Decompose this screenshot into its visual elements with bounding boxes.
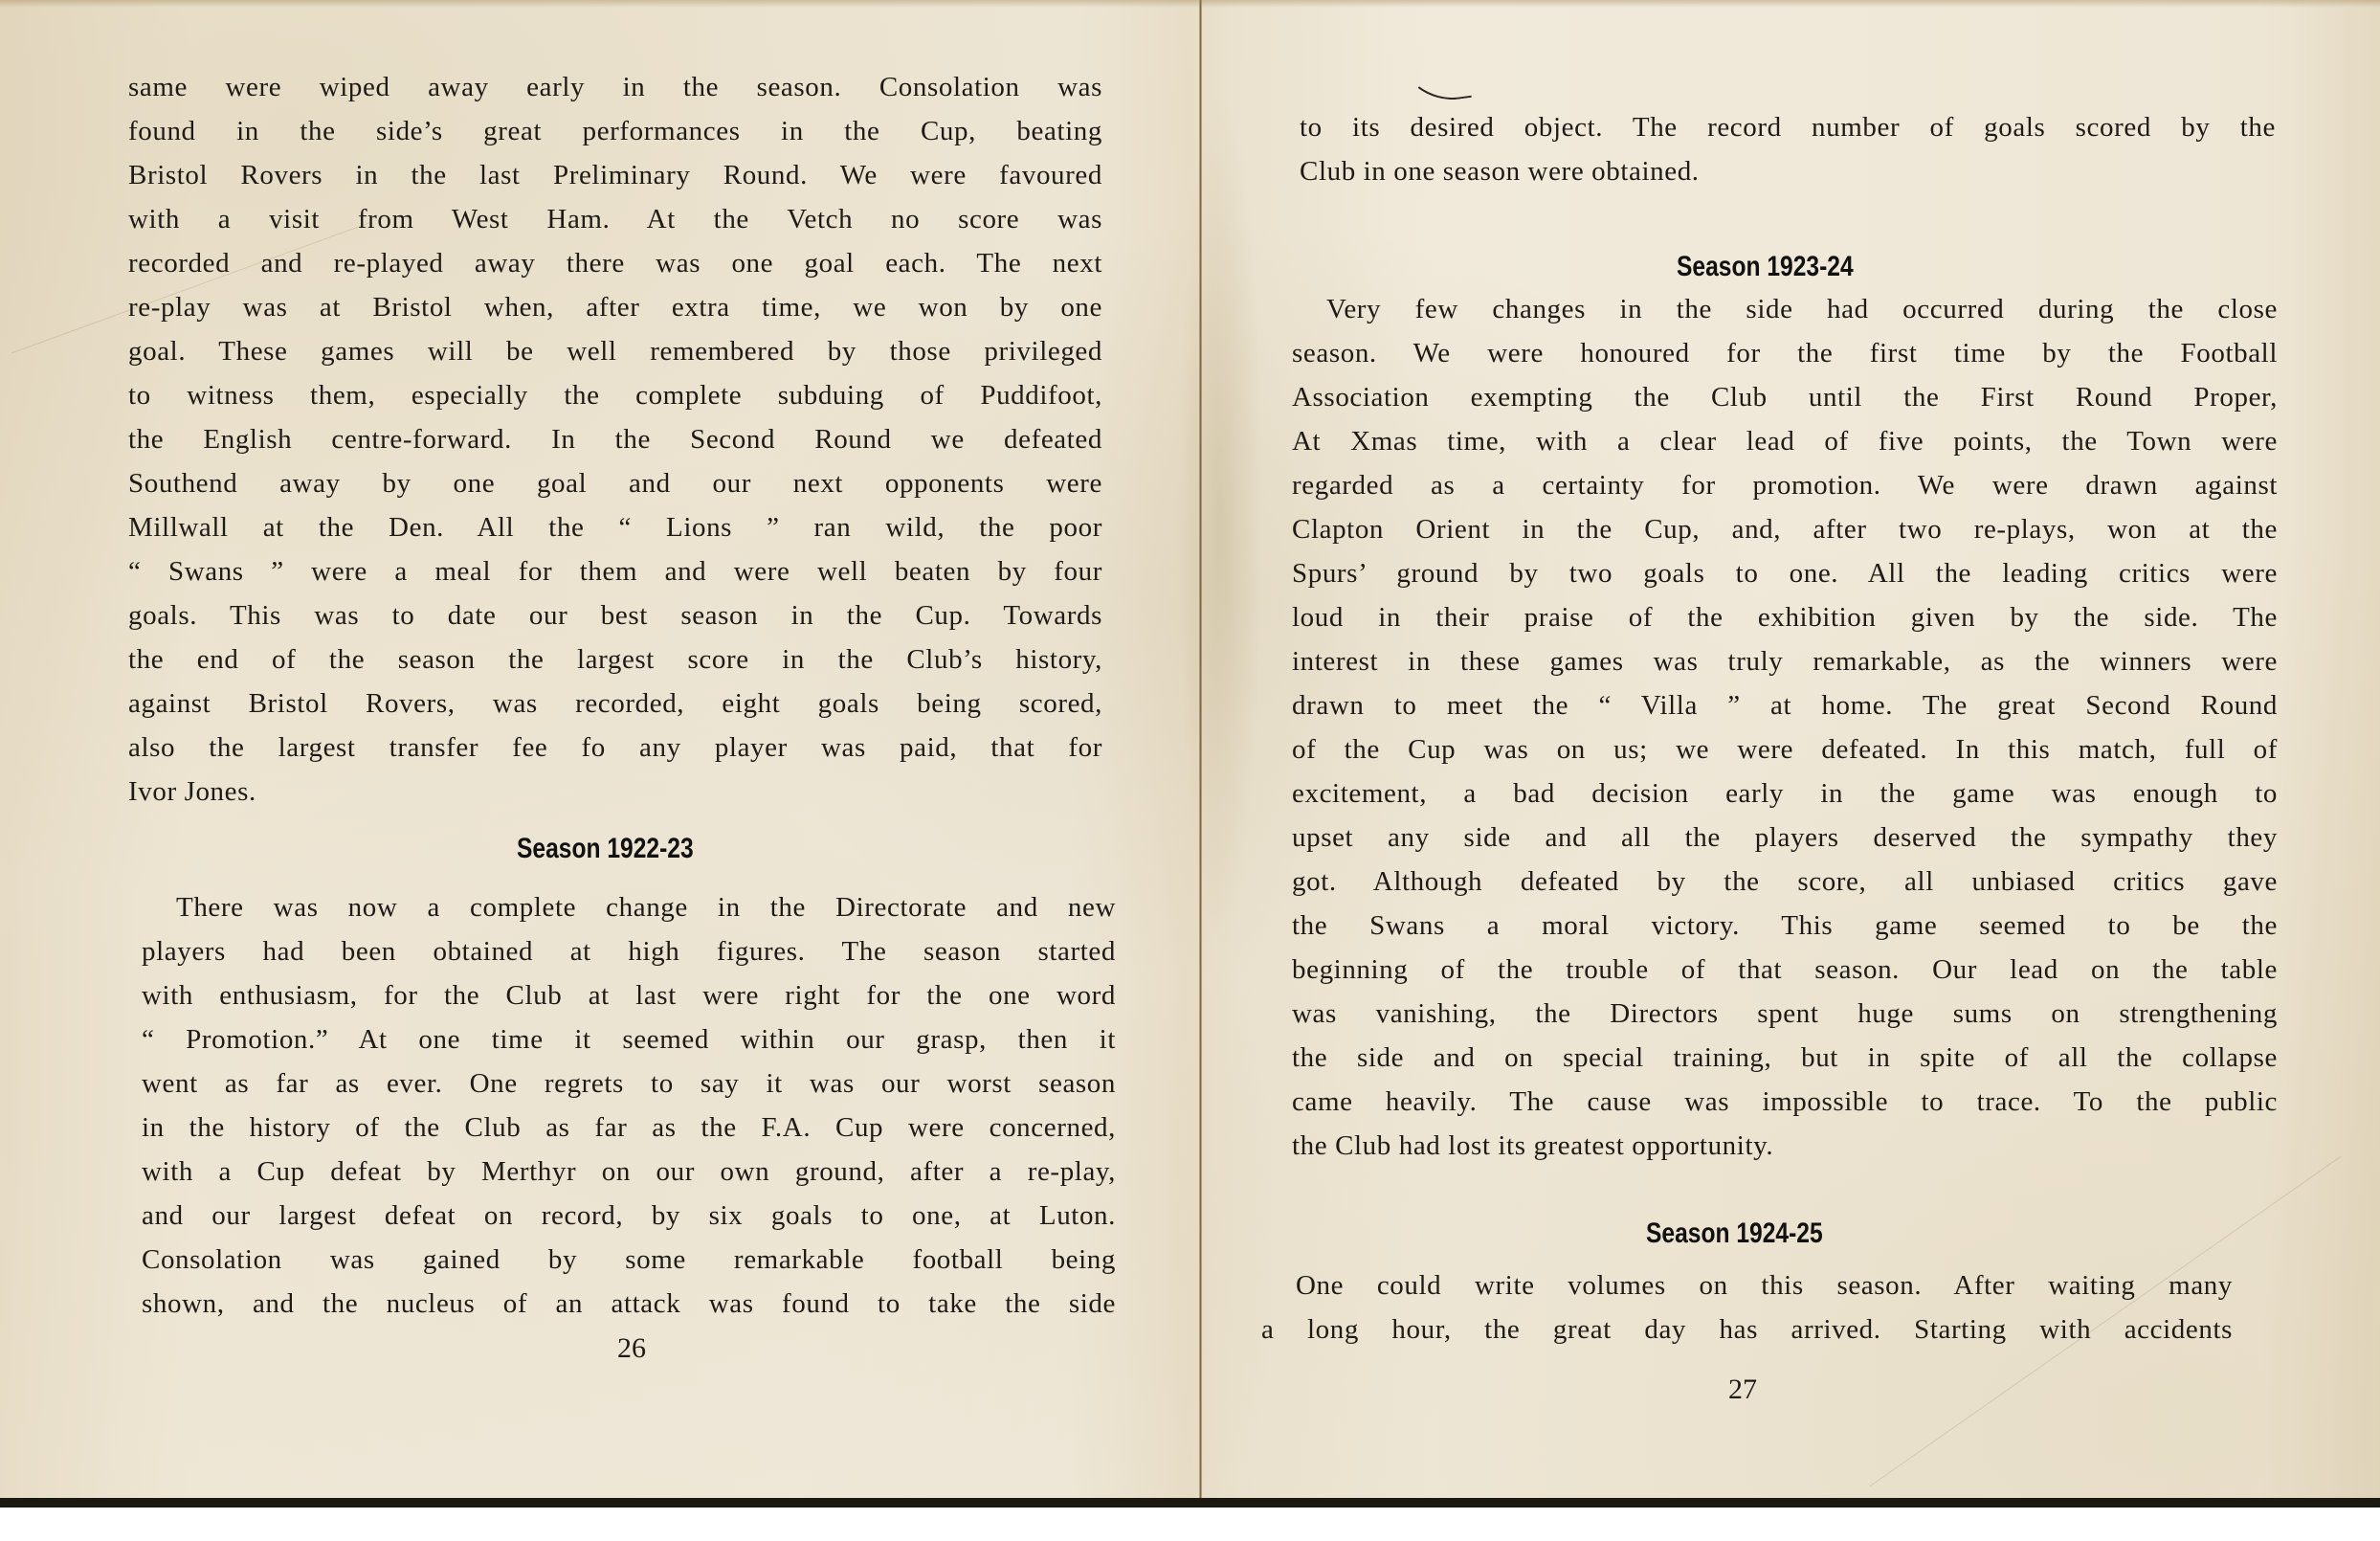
text-line: “ Swans ” were a meal for them and were … xyxy=(128,549,1102,593)
section-heading-season-1922-23: Season 1922-23 xyxy=(517,833,694,865)
text-line: found in the side’s great performances i… xyxy=(128,109,1102,153)
text-line: Club in one season were obtained. xyxy=(1300,149,2276,193)
text-line: re-play was at Bristol when, after extra… xyxy=(128,285,1102,329)
text-line: with a Cup defeat by Merthyr on our own … xyxy=(142,1150,1116,1194)
text-line: beginning of the trouble of that season.… xyxy=(1292,948,2278,992)
text-line: the Swans a moral victory. This game see… xyxy=(1292,904,2278,948)
text-line: Spurs’ ground by two goals to one. All t… xyxy=(1292,551,2278,595)
text-line: of the Cup was on us; we were defeated. … xyxy=(1292,727,2278,771)
text-line: with a visit from West Ham. At the Vetch… xyxy=(128,197,1102,241)
text-line: goal. These games will be well remembere… xyxy=(128,329,1102,373)
text-line: players had been obtained at high figure… xyxy=(142,929,1116,973)
text-line: came heavily. The cause was impossible t… xyxy=(1292,1080,2278,1124)
text-line: Ivor Jones. xyxy=(128,770,1102,814)
text-line: Clapton Orient in the Cup, and, after tw… xyxy=(1292,507,2278,551)
booklet-spread: same were wiped away early in the season… xyxy=(0,0,2380,1507)
text-line: the Club had lost its greatest opportuni… xyxy=(1292,1124,2278,1168)
season-1924-25-text: One could write volumes on this season. … xyxy=(1261,1263,2233,1351)
section-heading-season-1923-24: Season 1923-24 xyxy=(1677,251,1854,283)
text-line: interest in these games was truly remark… xyxy=(1292,639,2278,683)
text-line: the side and on special training, but in… xyxy=(1292,1036,2278,1080)
text-line: to witness them, especially the complete… xyxy=(128,373,1102,417)
text-line: same were wiped away early in the season… xyxy=(128,65,1102,109)
text-line: to its desired object. The record number… xyxy=(1300,105,2276,149)
right-continuation-text: to its desired object. The record number… xyxy=(1300,105,2276,193)
season-1923-24-text: Very few changes in the side had occurre… xyxy=(1292,287,2278,1168)
text-line: “ Promotion.” At one time it seemed with… xyxy=(142,1017,1116,1061)
text-line: At Xmas time, with a clear lead of five … xyxy=(1292,419,2278,463)
text-line: with enthusiasm, for the Club at last we… xyxy=(142,973,1116,1017)
page-number: 26 xyxy=(617,1332,646,1365)
text-line: also the largest transfer fee fo any pla… xyxy=(128,726,1102,770)
text-line: the English centre-forward. In the Secon… xyxy=(128,417,1102,461)
season-1922-23-text: There was now a complete change in the D… xyxy=(142,885,1116,1326)
text-line: shown, and the nucleus of an attack was … xyxy=(142,1282,1116,1326)
section-heading-season-1924-25: Season 1924-25 xyxy=(1646,1217,1823,1250)
text-line: goals. This was to date our best season … xyxy=(128,593,1102,637)
text-line: Bristol Rovers in the last Preliminary R… xyxy=(128,153,1102,197)
text-line: Consolation was gained by some remarkabl… xyxy=(142,1238,1116,1282)
page-26: same were wiped away early in the season… xyxy=(0,0,1201,1498)
text-line: and our largest defeat on record, by six… xyxy=(142,1194,1116,1238)
text-line: against Bristol Rovers, was recorded, ei… xyxy=(128,681,1102,726)
text-line: went as far as ever. One regrets to say … xyxy=(142,1061,1116,1105)
text-line: a long hour, the great day has arrived. … xyxy=(1261,1307,2233,1351)
text-line: loud in their praise of the exhibition g… xyxy=(1292,595,2278,639)
text-line: in the history of the Club as far as the… xyxy=(142,1105,1116,1150)
text-line: got. Although defeated by the score, all… xyxy=(1292,860,2278,904)
text-line: drawn to meet the “ Villa ” at home. The… xyxy=(1292,683,2278,727)
text-line: was vanishing, the Directors spent huge … xyxy=(1292,992,2278,1036)
left-continuation-text: same were wiped away early in the season… xyxy=(128,65,1102,814)
text-line: Very few changes in the side had occurre… xyxy=(1292,287,2278,331)
text-line: excitement, a bad decision early in the … xyxy=(1292,771,2278,815)
text-line: regarded as a certainty for promotion. W… xyxy=(1292,463,2278,507)
text-line: There was now a complete change in the D… xyxy=(142,885,1116,929)
text-line: upset any side and all the players deser… xyxy=(1292,815,2278,860)
text-line: Southend away by one goal and our next o… xyxy=(128,461,1102,505)
text-line: recorded and re-played away there was on… xyxy=(128,241,1102,285)
text-line: Association exempting the Club until the… xyxy=(1292,375,2278,419)
text-line: Millwall at the Den. All the “ Lions ” r… xyxy=(128,505,1102,549)
text-line: season. We were honoured for the first t… xyxy=(1292,331,2278,375)
page-number: 27 xyxy=(1728,1373,1757,1406)
text-line: the end of the season the largest score … xyxy=(128,637,1102,681)
text-line: One could write volumes on this season. … xyxy=(1261,1263,2233,1307)
